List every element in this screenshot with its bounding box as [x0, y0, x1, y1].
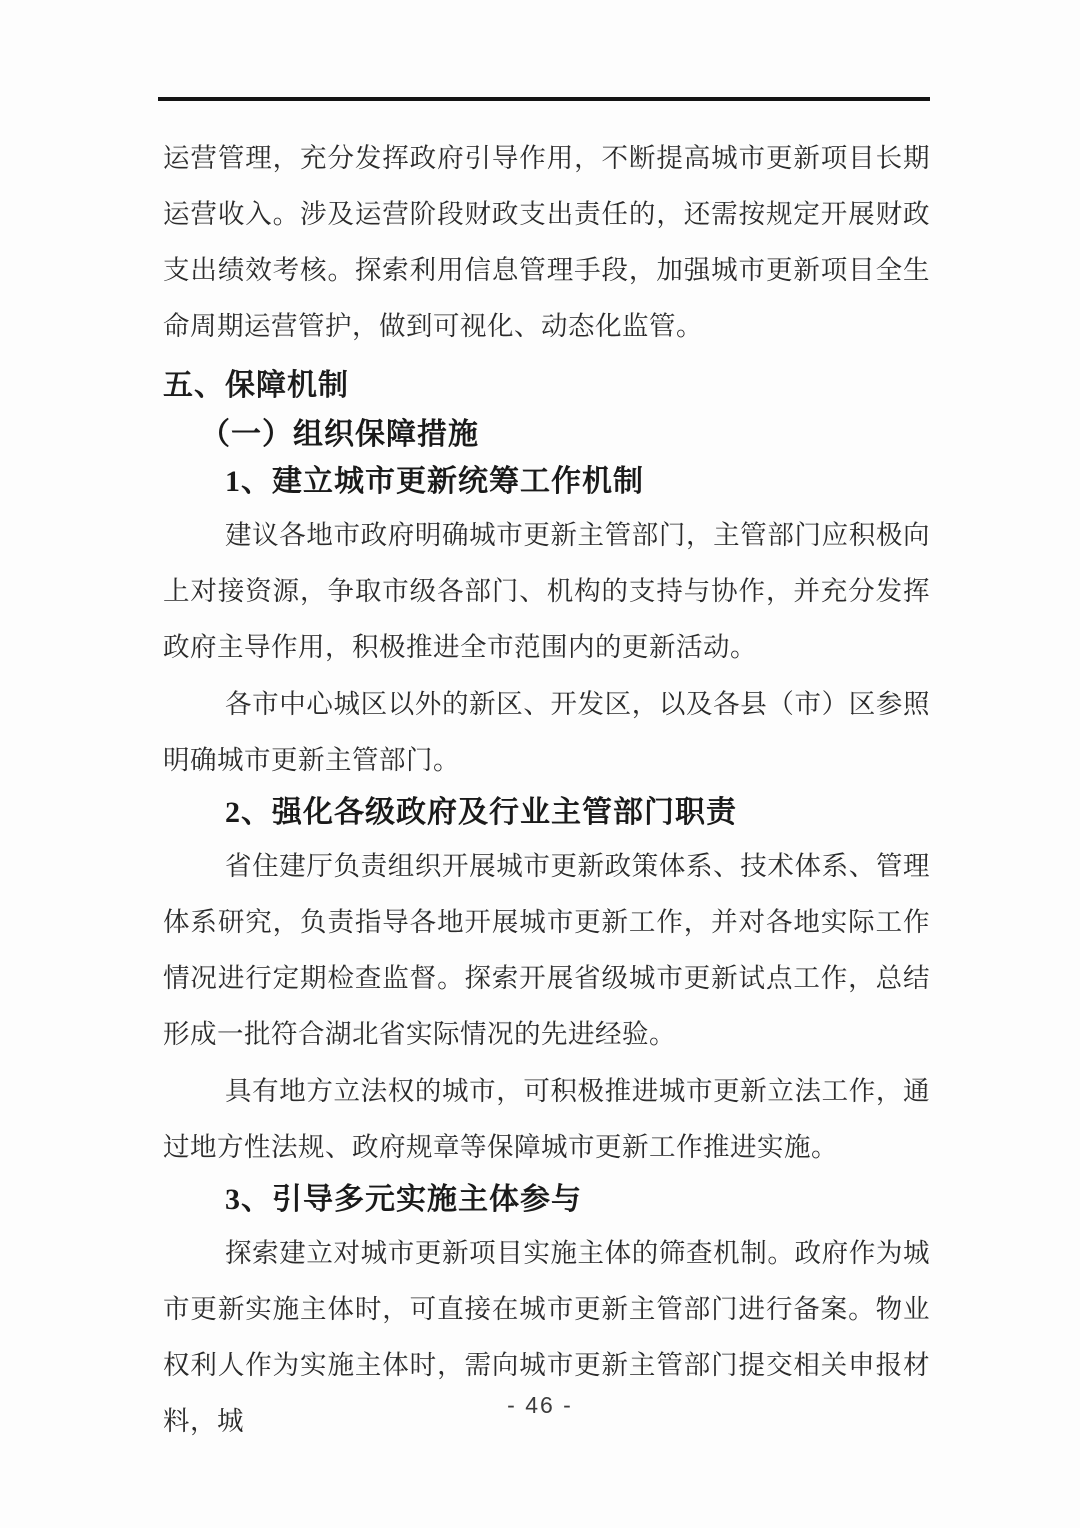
- header-rule: [158, 97, 930, 101]
- paragraph: 建议各地市政府明确城市更新主管部门，主管部门应积极向上对接资源，争取市级各部门、…: [163, 507, 930, 675]
- text-blocks: 运营管理，充分发挥政府引导作用，不断提高城市更新项目长期运营收入。涉及运营阶段财…: [163, 130, 930, 1449]
- paragraph: 具有地方立法权的城市，可积极推进城市更新立法工作，通过地方性法规、政府规章等保障…: [163, 1063, 930, 1175]
- heading-item-1: 1、建立城市更新统筹工作机制: [163, 460, 930, 504]
- page-number: - 46 -: [507, 1392, 573, 1418]
- heading-section-5: 五、保障机制: [163, 364, 930, 408]
- paragraph-continuation: 运营管理，充分发挥政府引导作用，不断提高城市更新项目长期运营收入。涉及运营阶段财…: [163, 130, 930, 354]
- document-page: 运营管理，充分发挥政府引导作用，不断提高城市更新项目长期运营收入。涉及运营阶段财…: [0, 0, 1080, 1528]
- page-footer: - 46 -: [0, 1392, 1080, 1419]
- heading-item-2: 2、强化各级政府及行业主管部门职责: [163, 791, 930, 835]
- paragraph: 省住建厅负责组织开展城市更新政策体系、技术体系、管理体系研究，负责指导各地开展城…: [163, 838, 930, 1062]
- page-content: 运营管理，充分发挥政府引导作用，不断提高城市更新项目长期运营收入。涉及运营阶段财…: [163, 0, 930, 1449]
- paragraph: 各市中心城区以外的新区、开发区，以及各县（市）区参照明确城市更新主管部门。: [163, 676, 930, 788]
- heading-item-3: 3、引导多元实施主体参与: [163, 1178, 930, 1222]
- heading-subsection-1: （一）组织保障措施: [163, 413, 930, 457]
